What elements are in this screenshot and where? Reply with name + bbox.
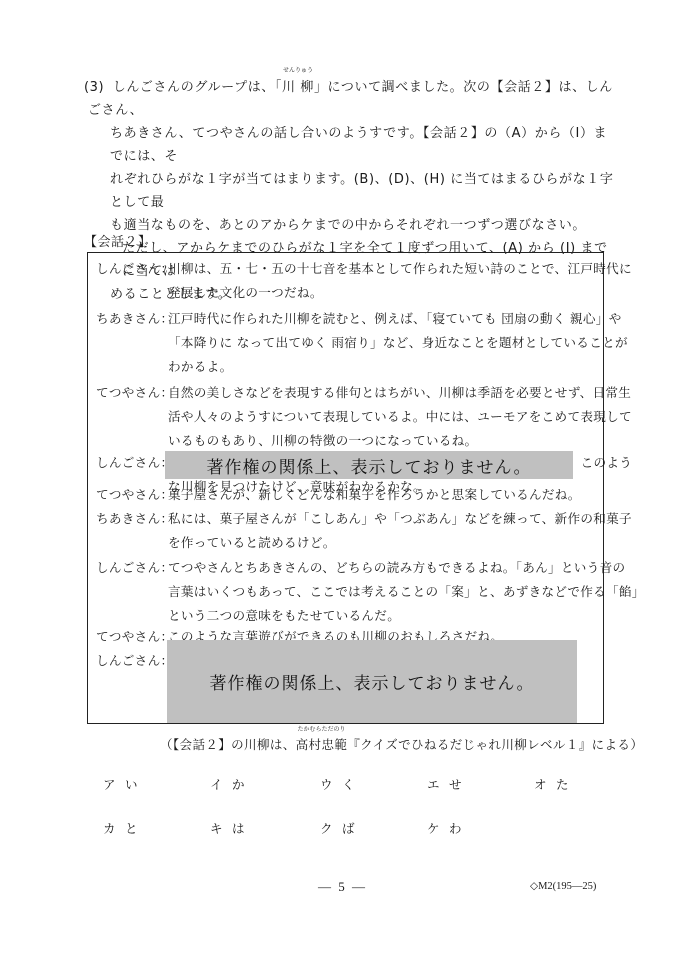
- senryu-ruby: 川 柳せんりゅう: [282, 76, 314, 99]
- choice-ke: ケわ: [427, 819, 464, 837]
- redacted-senryu-1: 著作権の関係上、表示しておりません。: [165, 451, 573, 479]
- speaker: しんごさん：: [96, 257, 168, 281]
- choice-ka: カと: [103, 819, 140, 837]
- choice-i: イか: [210, 775, 247, 793]
- choice-u: ウく: [320, 775, 357, 793]
- choice-a: アい: [103, 775, 140, 793]
- author-ruby: 高村忠範たかむらただのり: [296, 735, 348, 753]
- choice-ki: キは: [210, 819, 247, 837]
- question-line-4: も適当なものを、あとのアからケまでの中からそれぞれ一つずつ選びなさい。: [88, 214, 618, 237]
- choice-ku: クば: [320, 819, 357, 837]
- redacted-senryu-2: 著作権の関係上、表示しておりません。: [167, 640, 577, 723]
- question-number: (3): [84, 76, 108, 99]
- choice-e: エせ: [427, 775, 464, 793]
- question-line-2: ちあきさん、てつやさんの話し合いのようすです。【会話２】の（A）から（I）までに…: [88, 122, 618, 168]
- conversation-box: しんごさん： 川柳は、五・七・五の十七音を基本として作られた短い詩のことで、江戸…: [87, 252, 604, 724]
- page-code: ◇M2(195—25): [530, 880, 596, 892]
- conversation-label: 【会話２】: [84, 231, 152, 250]
- citation: （【会話２】の川柳は、高村忠範たかむらただのり『クイズでひねるだじゃれ川柳レベル…: [160, 735, 605, 753]
- question-line-3: れぞれひらがな１字が当てはまります。(B)、(D)、(H) に当てはまるひらがな…: [88, 168, 618, 214]
- question-line-1: (3) しんごさんのグループは、「川 柳せんりゅう」について調べました。次の【会…: [88, 76, 618, 122]
- page-number: — 5 —: [318, 879, 367, 895]
- choice-o: オた: [534, 775, 571, 793]
